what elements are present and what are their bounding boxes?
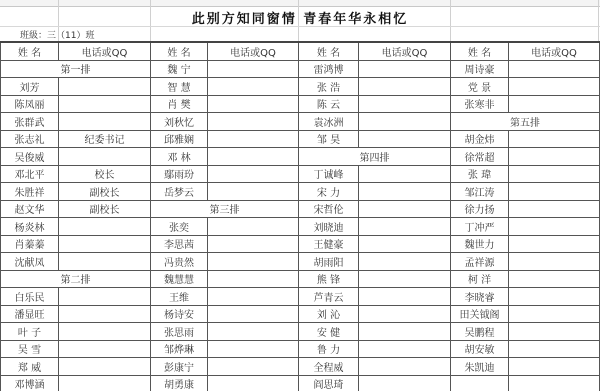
roster-table: 姓 名 电话或QQ 姓 名 电话或QQ 姓 名 电话或QQ 姓 名 电话或QQ … xyxy=(0,41,600,391)
student-name-cell[interactable]: 邓 林 xyxy=(151,148,208,166)
section-label[interactable]: 第四排 xyxy=(299,148,451,166)
student-name-cell[interactable]: 魏世力 xyxy=(451,235,509,253)
student-name-cell[interactable]: 宋 力 xyxy=(299,183,359,201)
contact-cell[interactable] xyxy=(359,130,451,148)
contact-cell[interactable] xyxy=(59,340,151,358)
student-name-cell[interactable]: 肖 樊 xyxy=(151,95,208,113)
student-name-cell[interactable]: 魏慧慧 xyxy=(151,270,208,288)
section-label[interactable]: 第二排 xyxy=(1,270,151,288)
table-row: 赵文华副校长第三排宋哲伦徐力扬 xyxy=(1,200,600,218)
contact-cell[interactable] xyxy=(359,218,451,236)
student-name-cell[interactable]: 叶 子 xyxy=(1,323,59,341)
contact-cell[interactable] xyxy=(208,78,299,96)
student-name-cell[interactable]: 鲁 力 xyxy=(299,340,359,358)
student-name-cell[interactable]: 周诗豪 xyxy=(451,60,509,78)
student-name-cell[interactable]: 智 慧 xyxy=(151,78,208,96)
contact-cell[interactable] xyxy=(59,235,151,253)
student-name-cell[interactable]: 田关钺阁 xyxy=(451,305,509,323)
contact-cell[interactable] xyxy=(59,113,151,131)
table-row: 陈凤丽肖 樊陈 云张寒非 xyxy=(1,95,600,113)
student-name-cell[interactable]: 赵文华 xyxy=(1,200,59,218)
page-title: 此别方知同窗情 青春年华永相忆 xyxy=(0,8,600,27)
student-name-cell[interactable] xyxy=(451,375,509,391)
student-name-cell[interactable]: 刘 沁 xyxy=(299,305,359,323)
contact-cell[interactable] xyxy=(509,218,600,236)
table-row: 邓博涵胡勇康阎思琦 xyxy=(1,375,600,391)
contact-cell[interactable] xyxy=(208,270,299,288)
student-name-cell[interactable]: 吴俊威 xyxy=(1,148,59,166)
table-row: 郑 威彭康宁全程威朱凯迪 xyxy=(1,358,600,376)
contact-cell[interactable] xyxy=(509,78,600,96)
student-name-cell[interactable]: 肖蓁蓁 xyxy=(1,235,59,253)
section-label[interactable]: 第一排 xyxy=(1,60,151,78)
student-name-cell[interactable]: 潘显旺 xyxy=(1,305,59,323)
contact-cell[interactable] xyxy=(509,130,600,148)
student-name-cell[interactable]: 邱雅娴 xyxy=(151,130,208,148)
contact-cell[interactable] xyxy=(208,323,299,341)
contact-cell[interactable] xyxy=(509,288,600,306)
table-row: 潘显旺杨诗安刘 沁田关钺阁 xyxy=(1,305,600,323)
student-name-cell[interactable]: 魏 宁 xyxy=(151,60,208,78)
contact-cell[interactable] xyxy=(359,288,451,306)
student-name-cell[interactable]: 吴鹏程 xyxy=(451,323,509,341)
student-name-cell[interactable]: 胡安敏 xyxy=(451,340,509,358)
student-name-cell[interactable]: 杨诗安 xyxy=(151,305,208,323)
contact-cell[interactable] xyxy=(509,358,600,376)
student-name-cell[interactable]: 柯 洋 xyxy=(451,270,509,288)
contact-cell[interactable] xyxy=(359,358,451,376)
contact-cell[interactable] xyxy=(359,253,451,271)
student-name-cell[interactable]: 邓博涵 xyxy=(1,375,59,391)
contact-cell[interactable] xyxy=(59,78,151,96)
student-name-cell[interactable]: 邹 昊 xyxy=(299,130,359,148)
table-row: 吴俊威邓 林第四排徐常超 xyxy=(1,148,600,166)
contact-cell[interactable] xyxy=(359,78,451,96)
contact-cell[interactable] xyxy=(208,130,299,148)
student-name-cell[interactable]: 朱胜祥 xyxy=(1,183,59,201)
student-name-cell[interactable]: 彭康宁 xyxy=(151,358,208,376)
student-name-cell[interactable]: 李晓睿 xyxy=(451,288,509,306)
student-name-cell[interactable]: 岳梦云 xyxy=(151,183,208,201)
student-name-cell[interactable]: 丁诚峰 xyxy=(299,165,359,183)
student-name-cell[interactable]: 邹江涛 xyxy=(451,183,509,201)
contact-cell[interactable] xyxy=(59,218,151,236)
student-name-cell[interactable]: 张奕 xyxy=(151,218,208,236)
header-name: 姓 名 xyxy=(451,42,509,60)
student-name-cell[interactable]: 张寒非 xyxy=(451,95,509,113)
class-label: 班級：三（11）班 xyxy=(20,28,94,41)
contact-cell[interactable] xyxy=(359,375,451,391)
table-row: 叶 子张思雨安 健吴鹏程 xyxy=(1,323,600,341)
contact-cell[interactable] xyxy=(59,253,151,271)
contact-cell[interactable] xyxy=(208,340,299,358)
contact-cell[interactable] xyxy=(509,375,600,391)
student-name-cell[interactable]: 安 健 xyxy=(299,323,359,341)
student-name-cell[interactable]: 郑 威 xyxy=(1,358,59,376)
contact-cell[interactable] xyxy=(359,235,451,253)
header-contact: 电话或QQ xyxy=(359,42,451,60)
contact-cell[interactable] xyxy=(359,200,451,218)
student-name-cell[interactable]: 胡雨阳 xyxy=(299,253,359,271)
contact-cell[interactable] xyxy=(509,148,600,166)
contact-cell[interactable] xyxy=(59,288,151,306)
contact-cell[interactable] xyxy=(509,270,600,288)
student-name-cell[interactable]: 张志礼 xyxy=(1,130,59,148)
contact-cell[interactable]: 副校长 xyxy=(59,183,151,201)
contact-cell[interactable] xyxy=(208,183,299,201)
header-contact: 电话或QQ xyxy=(59,42,151,60)
header-name: 姓 名 xyxy=(1,42,59,60)
student-name-cell[interactable]: 阎思琦 xyxy=(299,375,359,391)
contact-cell[interactable] xyxy=(59,95,151,113)
student-name-cell[interactable]: 冯贵然 xyxy=(151,253,208,271)
student-name-cell[interactable]: 杨炎林 xyxy=(1,218,59,236)
contact-cell[interactable] xyxy=(208,235,299,253)
section-label[interactable]: 第三排 xyxy=(151,200,299,218)
contact-cell[interactable]: 校长 xyxy=(59,165,151,183)
contact-cell[interactable] xyxy=(208,165,299,183)
contact-cell[interactable] xyxy=(208,218,299,236)
student-name-cell[interactable]: 徐常超 xyxy=(451,148,509,166)
header-name: 姓 名 xyxy=(151,42,208,60)
contact-cell[interactable] xyxy=(208,95,299,113)
contact-cell[interactable] xyxy=(359,95,451,113)
header-contact: 电话或QQ xyxy=(509,42,600,60)
contact-cell[interactable] xyxy=(359,270,451,288)
student-name-cell[interactable]: 刘晓迪 xyxy=(299,218,359,236)
student-name-cell[interactable]: 张思雨 xyxy=(151,323,208,341)
student-name-cell[interactable]: 丁冲严 xyxy=(451,218,509,236)
student-name-cell[interactable]: 刘秋忆 xyxy=(151,113,208,131)
contact-cell[interactable] xyxy=(208,113,299,131)
student-name-cell[interactable]: 吴 雪 xyxy=(1,340,59,358)
student-name-cell[interactable]: 孟祥源 xyxy=(451,253,509,271)
student-name-cell[interactable]: 白乐民 xyxy=(1,288,59,306)
contact-cell[interactable]: 纪委书记 xyxy=(59,130,151,148)
header-name: 姓 名 xyxy=(299,42,359,60)
contact-cell[interactable] xyxy=(208,375,299,391)
contact-cell[interactable] xyxy=(208,358,299,376)
student-name-cell[interactable]: 芦青云 xyxy=(299,288,359,306)
table-row: 肖蓁蓁李思茜王健豪魏世力 xyxy=(1,235,600,253)
contact-cell[interactable] xyxy=(208,305,299,323)
contact-cell[interactable] xyxy=(208,60,299,78)
student-name-cell[interactable]: 袁冰洲 xyxy=(299,113,359,131)
student-name-cell[interactable]: 陈凤丽 xyxy=(1,95,59,113)
contact-cell[interactable] xyxy=(359,323,451,341)
student-name-cell[interactable]: 王健豪 xyxy=(299,235,359,253)
student-name-cell[interactable]: 鄢雨玢 xyxy=(151,165,208,183)
contact-cell[interactable] xyxy=(509,183,600,201)
table-row: 杨炎林张奕刘晓迪丁冲严 xyxy=(1,218,600,236)
contact-cell[interactable] xyxy=(59,148,151,166)
contact-cell[interactable] xyxy=(359,165,451,183)
student-name-cell[interactable]: 朱凯迪 xyxy=(451,358,509,376)
contact-cell[interactable] xyxy=(509,305,600,323)
contact-cell[interactable] xyxy=(509,165,600,183)
student-name-cell[interactable]: 张群武 xyxy=(1,113,59,131)
table-row: 张群武刘秋忆袁冰洲第五排 xyxy=(1,113,600,131)
contact-cell[interactable] xyxy=(59,305,151,323)
student-name-cell[interactable]: 胡金炜 xyxy=(451,130,509,148)
student-name-cell[interactable]: 张 瑋 xyxy=(451,165,509,183)
contact-cell[interactable] xyxy=(208,288,299,306)
contact-cell[interactable] xyxy=(208,148,299,166)
table-row: 朱胜祥副校长岳梦云宋 力邹江涛 xyxy=(1,183,600,201)
student-name-cell[interactable]: 张 浩 xyxy=(299,78,359,96)
student-name-cell[interactable]: 全程威 xyxy=(299,358,359,376)
contact-cell[interactable] xyxy=(59,358,151,376)
contact-cell[interactable] xyxy=(359,305,451,323)
student-name-cell[interactable]: 邹烨琳 xyxy=(151,340,208,358)
contact-cell[interactable] xyxy=(509,60,600,78)
table-row: 白乐民王维芦青云李晓睿 xyxy=(1,288,600,306)
contact-cell[interactable] xyxy=(208,253,299,271)
table-row: 吴 雪邹烨琳鲁 力胡安敏 xyxy=(1,340,600,358)
table-row: 第一排魏 宁雷鸿博周诗豪 xyxy=(1,60,600,78)
table-row: 第二排魏慧慧熊 锋柯 洋 xyxy=(1,270,600,288)
header-contact: 电话或QQ xyxy=(208,42,299,60)
student-name-cell[interactable]: 邓北平 xyxy=(1,165,59,183)
contact-cell[interactable] xyxy=(509,323,600,341)
contact-cell[interactable] xyxy=(509,253,600,271)
contact-cell[interactable] xyxy=(359,183,451,201)
contact-cell[interactable] xyxy=(509,235,600,253)
table-row: 张志礼纪委书记邱雅娴邹 昊胡金炜 xyxy=(1,130,600,148)
table-row: 沈献凤冯贵然胡雨阳孟祥源 xyxy=(1,253,600,271)
header-row: 姓 名 电话或QQ 姓 名 电话或QQ 姓 名 电话或QQ 姓 名 电话或QQ xyxy=(1,42,600,60)
section-label[interactable]: 第五排 xyxy=(451,113,600,131)
student-name-cell[interactable]: 王维 xyxy=(151,288,208,306)
contact-cell[interactable] xyxy=(359,113,451,131)
table-row: 刘芳智 慧张 浩党 景 xyxy=(1,78,600,96)
student-name-cell[interactable]: 徐力扬 xyxy=(451,200,509,218)
contact-cell[interactable] xyxy=(509,95,600,113)
table-row: 邓北平校长鄢雨玢丁诚峰张 瑋 xyxy=(1,165,600,183)
student-name-cell[interactable]: 沈献凤 xyxy=(1,253,59,271)
contact-cell[interactable] xyxy=(59,323,151,341)
student-name-cell[interactable]: 熊 锋 xyxy=(299,270,359,288)
student-name-cell[interactable]: 陈 云 xyxy=(299,95,359,113)
contact-cell[interactable] xyxy=(509,200,600,218)
student-name-cell[interactable]: 李思茜 xyxy=(151,235,208,253)
student-name-cell[interactable]: 宋哲伦 xyxy=(299,200,359,218)
student-name-cell[interactable]: 党 景 xyxy=(451,78,509,96)
student-name-cell[interactable]: 雷鸿博 xyxy=(299,60,359,78)
contact-cell[interactable]: 副校长 xyxy=(59,200,151,218)
student-name-cell[interactable]: 刘芳 xyxy=(1,78,59,96)
contact-cell[interactable] xyxy=(509,340,600,358)
contact-cell[interactable] xyxy=(59,375,151,391)
student-name-cell[interactable]: 胡勇康 xyxy=(151,375,208,391)
contact-cell[interactable] xyxy=(359,340,451,358)
contact-cell[interactable] xyxy=(359,60,451,78)
